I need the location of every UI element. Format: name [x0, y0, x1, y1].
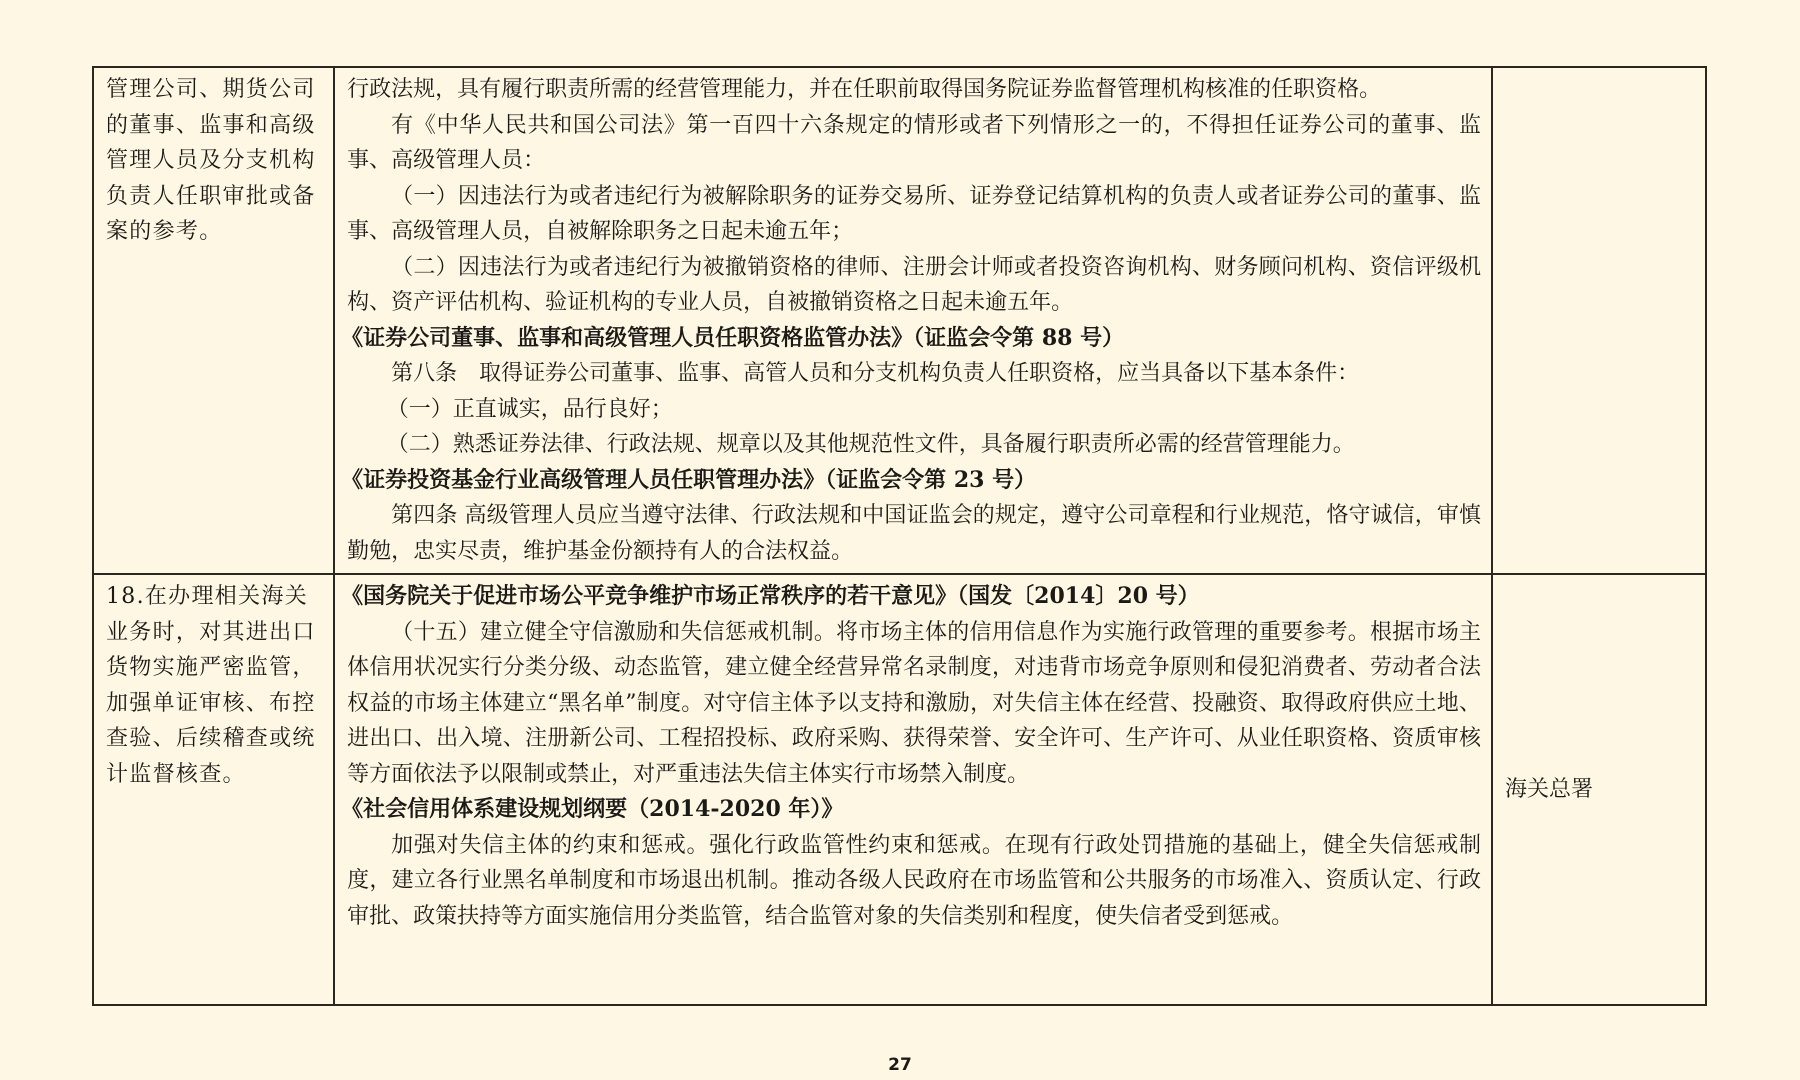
department-cell [1492, 67, 1706, 574]
regulation-title: 《国务院关于促进市场公平竞争维护市场正常秩序的若干意见》（国发〔2014〕20 … [341, 579, 1481, 615]
basis-paragraph: 第四条 高级管理人员应当遵守法律、行政法规和中国证监会的规定，遵守公司章程和行业… [347, 498, 1481, 569]
regulation-title: 《证券投资基金行业高级管理人员任职管理办法》（证监会令第 23 号） [341, 463, 1481, 499]
department-cell: 海关总署 [1492, 574, 1706, 1005]
table-row: 18.在办理相关海关业务时，对其进出口货物实施严密监管，加强单证审核、布控查验、… [93, 574, 1706, 1005]
basis-paragraph: （一）因违法行为或者违纪行为被解除职务的证券交易所、证券登记结算机构的负责人或者… [347, 179, 1481, 250]
legal-basis-cell: 《国务院关于促进市场公平竞争维护市场正常秩序的若干意见》（国发〔2014〕20 … [334, 574, 1492, 1005]
measure-item-text: 管理公司、期货公司的董事、监事和高级管理人员及分支机构负责人任职审批或备案的参考… [106, 77, 316, 244]
basis-paragraph: （一）正直诚实，品行良好； [347, 392, 1481, 428]
measures-table: 管理公司、期货公司的董事、监事和高级管理人员及分支机构负责人任职审批或备案的参考… [92, 66, 1707, 1006]
basis-paragraph: （十五）建立健全守信激励和失信惩戒机制。将市场主体的信用信息作为实施行政管理的重… [347, 615, 1481, 793]
department-text: 海关总署 [1505, 777, 1593, 802]
regulation-title: 《证券公司董事、监事和高级管理人员任职资格监管办法》（证监会令第 88 号） [341, 321, 1481, 357]
basis-paragraph: 有《中华人民共和国公司法》第一百四十六条规定的情形或者下列情形之一的，不得担任证… [347, 108, 1481, 179]
legal-basis-cell: 行政法规，具有履行职责所需的经营管理能力，并在任职前取得国务院证券监督管理机构核… [334, 67, 1492, 574]
basis-paragraph: （二）熟悉证券法律、行政法规、规章以及其他规范性文件，具备履行职责所必需的经营管… [347, 427, 1481, 463]
measure-item-cell: 18.在办理相关海关业务时，对其进出口货物实施严密监管，加强单证审核、布控查验、… [93, 574, 334, 1005]
measure-item-text: 18.在办理相关海关业务时，对其进出口货物实施严密监管，加强单证审核、布控查验、… [106, 584, 316, 787]
basis-paragraph: 加强对失信主体的约束和惩戒。强化行政监管性约束和惩戒。在现有行政处罚措施的基础上… [347, 828, 1481, 935]
measure-item-cell: 管理公司、期货公司的董事、监事和高级管理人员及分支机构负责人任职审批或备案的参考… [93, 67, 334, 574]
basis-paragraph: 行政法规，具有履行职责所需的经营管理能力，并在任职前取得国务院证券监督管理机构核… [347, 72, 1481, 108]
basis-paragraph: （二）因违法行为或者违纪行为被撤销资格的律师、注册会计师或者投资咨询机构、财务顾… [347, 250, 1481, 321]
table-row: 管理公司、期货公司的董事、监事和高级管理人员及分支机构负责人任职审批或备案的参考… [93, 67, 1706, 574]
regulation-title: 《社会信用体系建设规划纲要（2014-2020 年）》 [341, 792, 1481, 828]
basis-paragraph: 第八条 取得证券公司董事、监事、高管人员和分支机构负责人任职资格，应当具备以下基… [347, 356, 1481, 392]
page-number: 27 [0, 1055, 1800, 1075]
